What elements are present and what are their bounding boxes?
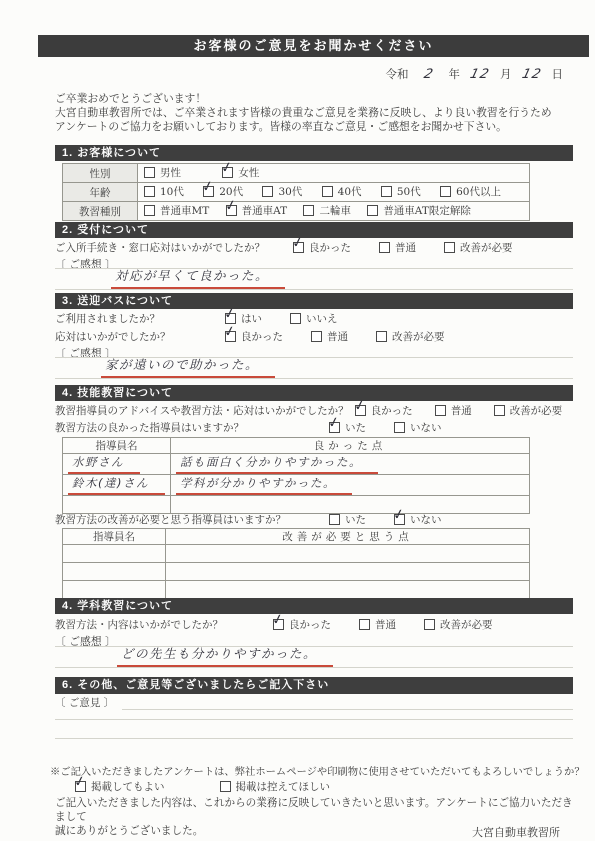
checkbox-age-40s[interactable]: 40代 — [322, 184, 362, 199]
checkbox-icon[interactable] — [220, 781, 231, 792]
intro-line-1: ご卒業おめでとうございます！ — [55, 92, 575, 106]
day-label: 日 — [552, 66, 564, 82]
reception-question-row: ご入所手続き・窓口応対はいかがでしたか？ 良かった 普通 改善が必要 — [55, 240, 575, 255]
checkbox-skill-normal[interactable]: 普通 — [435, 403, 472, 418]
improve-instructor-question: 教習方法の改善が必要と思う指導員はいますか？ — [55, 512, 301, 527]
checkbox-checked-icon[interactable] — [394, 514, 405, 525]
lecture-question: 教習方法・内容はいかがでしたか？ — [55, 617, 245, 632]
checkbox-publish-ok[interactable]: 掲載してもよい — [75, 779, 165, 794]
checkbox-age-50s[interactable]: 50代 — [381, 184, 421, 199]
checkbox-icon[interactable] — [376, 331, 387, 342]
checkbox-female[interactable]: 女性 — [222, 165, 259, 180]
red-underline: 学科が分かりやすかった。 — [176, 475, 352, 495]
page-title: お客様のご意見をお聞かせください — [38, 35, 589, 57]
table-row: 鈴木(達)さん 学科が分かりやすかった。 — [63, 475, 530, 496]
year-label: 年 — [449, 66, 461, 82]
good-instructor-question: 教習方法の良かった指導員はいますか？ — [55, 420, 301, 435]
checkbox-course-at[interactable]: 普通車AT — [226, 203, 288, 218]
good-point-cell[interactable] — [170, 496, 529, 514]
instructor-name-cell[interactable] — [63, 545, 166, 563]
section-bus-header: 3. 送迎バスについて — [55, 293, 573, 309]
checkbox-bus-used-no[interactable]: いいえ — [290, 311, 338, 326]
lecture-question-row: 教習方法・内容はいかがでしたか？ 良かった 普通 改善が必要 — [55, 617, 575, 632]
checkbox-checked-icon[interactable] — [222, 167, 233, 178]
section-lecture-header: 4. 学科教習について — [55, 598, 573, 614]
section-other-header: 6. その他、ご意見等ございましたらご記入下さい — [55, 677, 573, 694]
bus-comment-value: 家が遠いので助かった。 — [105, 357, 259, 372]
table-row — [63, 496, 530, 514]
month-label: 月 — [500, 66, 512, 82]
checkbox-checked-icon[interactable] — [225, 313, 236, 324]
reception-question: ご入所手続き・窓口応対はいかがでしたか？ — [55, 240, 265, 255]
col-instructor-name: 指導員名 — [63, 529, 166, 545]
checkbox-icon[interactable] — [329, 514, 340, 525]
checkbox-skill-improve[interactable]: 改善が必要 — [494, 403, 563, 418]
opinion-line[interactable] — [55, 719, 573, 720]
closing-line-1: ご記入いただきました内容は、これからの業務に反映していきたいと思います。アンケー… — [55, 797, 580, 825]
section-customer-header: 1. お客様について — [55, 145, 573, 161]
checkbox-checked-icon[interactable] — [226, 205, 237, 216]
bus-response-question: 応対はいかがでしたか？ — [55, 329, 197, 344]
good-instructor-row: 教習方法の良かった指導員はいますか？ いた いない — [55, 420, 575, 435]
era-label: 令和 — [386, 66, 409, 82]
opinion-label: 〔 ご意見 〕 — [55, 695, 114, 710]
intro-line-2: 大宮自動車教習所では、ご卒業されます皆様の貴重なご意見を業務に反映し、より良い教… — [55, 106, 575, 120]
bus-comment-field[interactable]: 家が遠いので助かった。 — [55, 357, 573, 379]
date-line: 令和 2 年 12 月 12 日 — [386, 66, 564, 82]
section-reception-header: 2. 受付について — [55, 222, 573, 238]
instructor-name-cell[interactable] — [63, 496, 171, 514]
checkbox-icon[interactable] — [144, 205, 155, 216]
instructor-name-cell[interactable]: 鈴木(達)さん — [63, 475, 171, 496]
checkbox-male[interactable]: 男性 — [144, 165, 181, 180]
checkbox-improve-instructor-yes[interactable]: いた — [329, 512, 366, 527]
school-signature: 大宮自動車教習所 — [472, 824, 560, 840]
year-value[interactable]: 2 — [417, 67, 441, 82]
checkbox-age-20s[interactable]: 20代 — [203, 184, 243, 199]
table-row: 水野さん 話も面白く分かりやすかった。 — [63, 454, 530, 475]
checkbox-improve-instructor-no[interactable]: いない — [394, 512, 442, 527]
checkbox-bus-improve[interactable]: 改善が必要 — [376, 329, 445, 344]
instructor-name-cell[interactable] — [63, 563, 166, 581]
checkbox-skill-good[interactable]: 良かった — [355, 403, 413, 418]
day-value[interactable]: 12 — [520, 67, 544, 82]
lecture-comment-field[interactable]: どの先生も分かりやすかった。 — [55, 646, 573, 668]
checkbox-good-instructor-yes[interactable]: いた — [329, 420, 366, 435]
checkbox-checked-icon[interactable] — [225, 331, 236, 342]
course-label: 教習種別 — [63, 202, 138, 221]
checkbox-age-30s[interactable]: 30代 — [262, 184, 302, 199]
checkbox-icon[interactable] — [359, 619, 370, 630]
checkbox-age-10s[interactable]: 10代 — [144, 184, 184, 199]
red-underline: 話も面白く分かりやすかった。 — [176, 454, 378, 474]
skill-question: 教習指導員のアドバイスや教習方法・応対はいかがでしたか？ — [55, 403, 349, 418]
opinion-line[interactable] — [55, 738, 573, 739]
checkbox-age-60s[interactable]: 60代以上 — [440, 184, 501, 199]
intro-paragraph: ご卒業おめでとうございます！ 大宮自動車教習所では、ご卒業されます皆様の貴重なご… — [55, 92, 575, 133]
checkbox-icon[interactable] — [424, 619, 435, 630]
good-point-cell[interactable]: 話も面白く分かりやすかった。 — [170, 454, 529, 475]
checkbox-icon[interactable] — [379, 242, 390, 253]
table-row: 年齢 10代 20代 30代 40代 50代 60代以上 — [63, 183, 530, 202]
checkbox-course-at-limited[interactable]: 普通車AT限定解除 — [367, 203, 471, 218]
checkbox-icon[interactable] — [290, 313, 301, 324]
table-header-row: 指導員名 改善が必要と思う点 — [63, 529, 530, 545]
improve-point-cell[interactable] — [166, 563, 530, 581]
month-value[interactable]: 12 — [468, 67, 492, 82]
questionnaire-page: お客様のご意見をお聞かせください 令和 2 年 12 月 12 日 ご卒業おめで… — [0, 0, 595, 841]
checkbox-lecture-normal[interactable]: 普通 — [359, 617, 396, 632]
checkbox-checked-icon[interactable] — [203, 186, 214, 197]
good-instructor-table: 指導員名 良かった点 水野さん 話も面白く分かりやすかった。 鈴木(達)さん 学… — [62, 437, 530, 514]
checkbox-icon[interactable] — [311, 331, 322, 342]
checkbox-lecture-improve[interactable]: 改善が必要 — [424, 617, 493, 632]
red-underline: 対応が早くて良かった。 — [111, 267, 285, 289]
bus-used-row: ご利用されましたか？ はい いいえ — [55, 311, 575, 326]
section-skill-header: 4. 技能教習について — [55, 385, 573, 401]
checkbox-icon[interactable] — [144, 167, 155, 178]
checkbox-bus-good[interactable]: 良かった — [225, 329, 283, 344]
checkbox-checked-icon[interactable] — [273, 619, 284, 630]
checkbox-checked-icon[interactable] — [355, 405, 366, 416]
table-header-row: 指導員名 良かった点 — [63, 438, 530, 454]
reception-comment-field[interactable]: 対応が早くて良かった。 — [55, 268, 573, 290]
col-instructor-name: 指導員名 — [63, 438, 171, 454]
checkbox-icon[interactable] — [367, 205, 378, 216]
table-row: 性別 男性 女性 — [63, 164, 530, 183]
age-label: 年齢 — [63, 183, 138, 202]
checkbox-icon[interactable] — [435, 405, 446, 416]
checkbox-icon[interactable] — [394, 422, 405, 433]
checkbox-reception-improve[interactable]: 改善が必要 — [444, 240, 513, 255]
bus-response-row: 応対はいかがでしたか？ 良かった 普通 改善が必要 — [55, 329, 575, 344]
checkbox-bus-normal[interactable]: 普通 — [311, 329, 348, 344]
checkbox-checked-icon[interactable] — [75, 781, 86, 792]
gender-label: 性別 — [63, 164, 138, 183]
col-good-point: 良かった点 — [170, 438, 529, 454]
reception-comment-value: 対応が早くて良かった。 — [115, 268, 269, 283]
table-row — [63, 581, 530, 599]
checkbox-course-mt[interactable]: 普通車MT — [144, 203, 209, 218]
checkbox-icon[interactable] — [381, 186, 392, 197]
checkbox-lecture-good[interactable]: 良かった — [273, 617, 331, 632]
checkbox-publish-no[interactable]: 掲載は控えてほしい — [220, 779, 331, 794]
checkbox-icon[interactable] — [322, 186, 333, 197]
checkbox-checked-icon[interactable] — [329, 422, 340, 433]
publish-permission-note: ※ご記入いただきましたアンケートは、弊社ホームページや印刷物に使用させていただい… — [50, 763, 585, 778]
improve-point-cell[interactable] — [166, 545, 530, 563]
checkbox-good-instructor-no[interactable]: いない — [394, 420, 442, 435]
checkbox-icon[interactable] — [144, 186, 155, 197]
table-row — [63, 545, 530, 563]
checkbox-icon[interactable] — [262, 186, 273, 197]
table-row — [63, 563, 530, 581]
intro-line-3: アンケートのご協力をお願いしております。皆様の率直なご意見・ご感想をお聞かせ下さ… — [55, 120, 575, 134]
checkbox-icon[interactable] — [494, 405, 505, 416]
skill-question-row: 教習指導員のアドバイスや教習方法・応対はいかがでしたか？ 良かった 普通 改善が… — [55, 403, 575, 418]
instructor-name-cell[interactable]: 水野さん — [63, 454, 171, 475]
checkbox-reception-normal[interactable]: 普通 — [379, 240, 416, 255]
bus-used-question: ご利用されましたか？ — [55, 311, 197, 326]
red-underline: 鈴木(達)さん — [68, 475, 165, 495]
checkbox-checked-icon[interactable] — [293, 242, 304, 253]
publish-options-row: 掲載してもよい 掲載は控えてほしい — [75, 779, 330, 794]
customer-table: 性別 男性 女性 年齢 10代 20代 30代 40代 50代 60代以上 教習… — [62, 163, 530, 221]
opinion-row: 〔 ご意見 〕 — [55, 695, 573, 710]
checkbox-icon[interactable] — [444, 242, 455, 253]
checkbox-icon[interactable] — [303, 205, 314, 216]
opinion-field[interactable] — [122, 696, 573, 710]
checkbox-reception-good[interactable]: 良かった — [293, 240, 351, 255]
lecture-comment-value: どの先生も分かりやすかった。 — [121, 646, 317, 661]
checkbox-icon[interactable] — [440, 186, 451, 197]
red-underline: どの先生も分かりやすかった。 — [117, 645, 333, 667]
improve-instructor-row: 教習方法の改善が必要と思う指導員はいますか？ いた いない — [55, 512, 575, 527]
red-underline: 水野さん — [68, 454, 140, 474]
improve-point-cell[interactable] — [166, 581, 530, 599]
good-point-cell[interactable]: 学科が分かりやすかった。 — [170, 475, 529, 496]
improve-instructor-table: 指導員名 改善が必要と思う点 — [62, 528, 530, 599]
checkbox-course-motorcycle[interactable]: 二輪車 — [303, 203, 351, 218]
table-row: 教習種別 普通車MT 普通車AT 二輪車 普通車AT限定解除 — [63, 202, 530, 221]
instructor-name-cell[interactable] — [63, 581, 166, 599]
red-underline: 家が遠いので助かった。 — [101, 356, 275, 378]
col-improve-point: 改善が必要と思う点 — [166, 529, 530, 545]
